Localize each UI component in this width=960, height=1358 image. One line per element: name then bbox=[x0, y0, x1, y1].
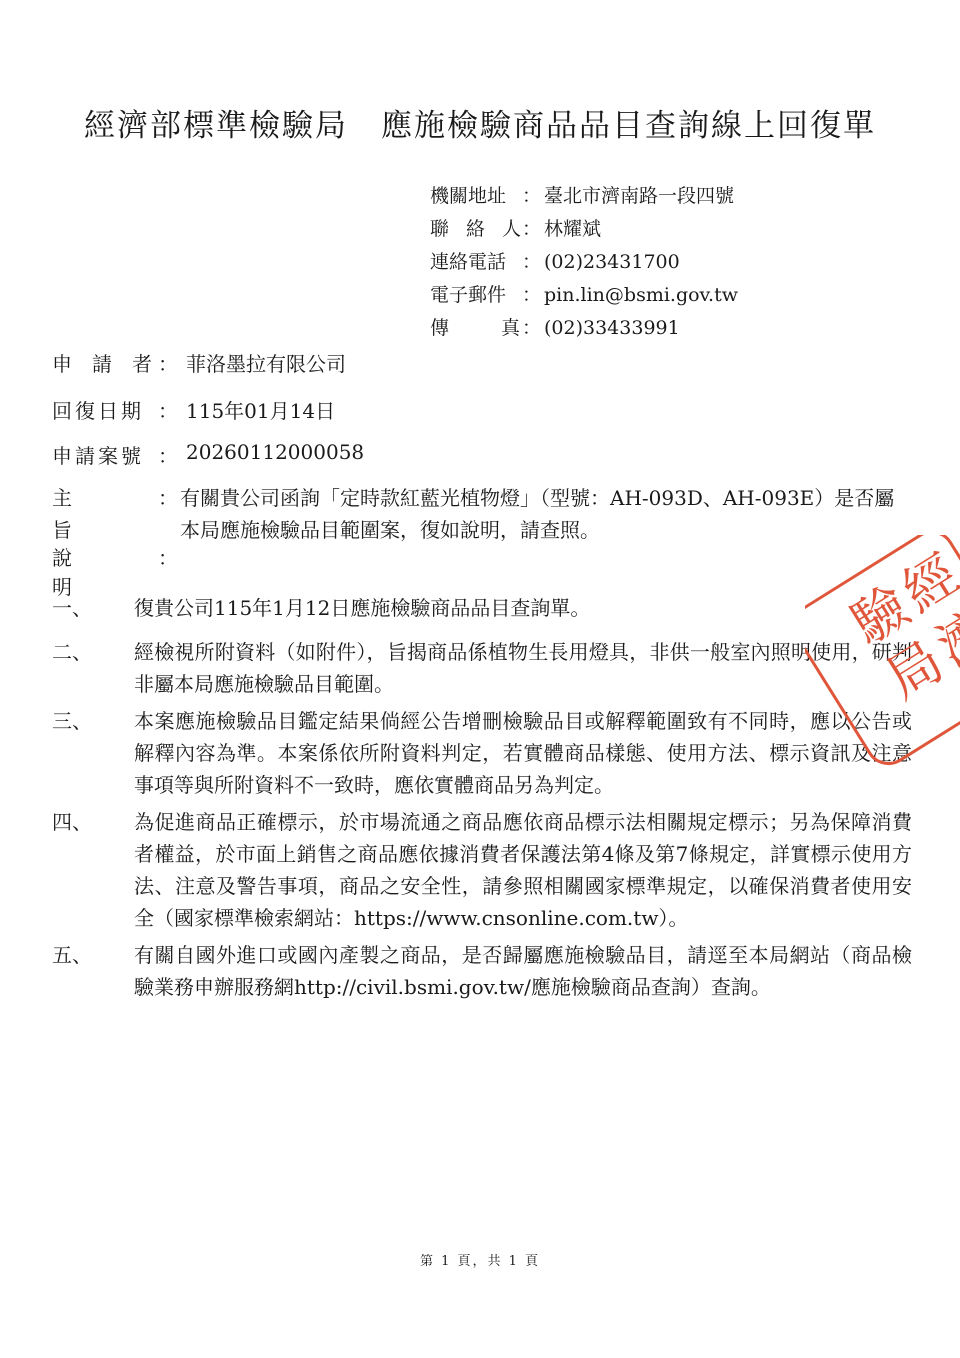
case-number-row: 申請案號 ： 20260112000058 bbox=[52, 440, 364, 469]
applicant-row: 申請者 ： 菲洛墨拉有限公司 bbox=[52, 348, 346, 377]
contact-phone: 連絡電話 ： (02)23431700 bbox=[430, 246, 738, 279]
contact-email-label: 電子郵件 bbox=[430, 279, 522, 312]
contact-person-label: 聯絡人 bbox=[430, 213, 522, 246]
item-number: 四、 bbox=[52, 806, 134, 934]
contact-email: 電子郵件 ： pin.lin@bsmi.gov.tw bbox=[430, 279, 738, 312]
contact-address: 機關地址 ： 臺北市濟南路一段四號 bbox=[430, 180, 738, 213]
applicant-label: 申請者 bbox=[52, 348, 158, 377]
contact-phone-value: (02)23431700 bbox=[544, 246, 680, 279]
subject-label: 主旨 bbox=[52, 482, 158, 546]
contact-fax-value: (02)33433991 bbox=[544, 312, 680, 345]
item-text: 有關自國外進口或國內產製之商品，是否歸屬應施檢驗品目，請逕至本局網站（商品檢驗業… bbox=[134, 939, 912, 1003]
reply-date-value: 115年01月14日 bbox=[180, 395, 335, 424]
reply-date-label: 回復日期 bbox=[52, 395, 158, 424]
contact-person-value: 林耀斌 bbox=[544, 213, 601, 246]
list-item: 五、 有關自國外進口或國內產製之商品，是否歸屬應施檢驗品目，請逕至本局網站（商品… bbox=[52, 939, 912, 1003]
item-text: 經檢視所附資料（如附件），旨揭商品係植物生長用燈具，非供一般室內照明使用，研判非… bbox=[134, 636, 912, 700]
case-number-label: 申請案號 bbox=[52, 440, 158, 469]
contact-phone-label: 連絡電話 bbox=[430, 246, 522, 279]
item-text: 為促進商品正確標示，於市場流通之商品應依商品標示法相關規定標示；另為保障消費者權… bbox=[134, 806, 912, 934]
list-item: 一、 復貴公司115年1月12日應施檢驗商品品目查詢單。 bbox=[52, 592, 912, 624]
page-footer: 第 1 頁，共 1 頁 bbox=[0, 1250, 960, 1269]
contact-address-label: 機關地址 bbox=[430, 180, 522, 213]
case-number-value: 20260112000058 bbox=[180, 440, 364, 469]
item-number: 二、 bbox=[52, 636, 134, 700]
svg-text:濟: 濟 bbox=[926, 597, 960, 679]
reply-date-row: 回復日期 ： 115年01月14日 bbox=[52, 395, 335, 424]
document-title: 經濟部標準檢驗局 應施檢驗商品品目查詢線上回復單 bbox=[0, 100, 960, 145]
item-number: 三、 bbox=[52, 705, 134, 801]
list-item: 三、 本案應施檢驗品目鑑定結果倘經公告增刪檢驗品目或解釋範圍致有不同時，應以公告… bbox=[52, 705, 912, 801]
contact-block: 機關地址 ： 臺北市濟南路一段四號 聯絡人 ： 林耀斌 連絡電話 ： (02)2… bbox=[430, 180, 738, 345]
contact-person: 聯絡人 ： 林耀斌 bbox=[430, 213, 738, 246]
subject-text: 有關貴公司函詢「定時款紅藍光植物燈」（型號：AH-093D、AH-093E）是否… bbox=[180, 482, 912, 546]
contact-email-value[interactable]: pin.lin@bsmi.gov.tw bbox=[544, 279, 738, 312]
list-item: 二、 經檢視所附資料（如附件），旨揭商品係植物生長用燈具，非供一般室內照明使用，… bbox=[52, 636, 912, 700]
item-number: 五、 bbox=[52, 939, 134, 1003]
subject-section: 主旨 ： 有關貴公司函詢「定時款紅藍光植物燈」（型號：AH-093D、AH-09… bbox=[52, 482, 912, 546]
item-text: 本案應施檢驗品目鑑定結果倘經公告增刪檢驗品目或解釋範圍致有不同時，應以公告或解釋… bbox=[134, 705, 912, 801]
item-number: 一、 bbox=[52, 592, 134, 624]
explanation-list: 一、 復貴公司115年1月12日應施檢驗商品品目查詢單。 二、 經檢視所附資料（… bbox=[52, 592, 912, 1003]
applicant-value: 菲洛墨拉有限公司 bbox=[180, 348, 346, 377]
contact-fax: 傳真 ： (02)33433991 bbox=[430, 312, 738, 345]
list-item: 四、 為促進商品正確標示，於市場流通之商品應依商品標示法相關規定標示；另為保障消… bbox=[52, 806, 912, 934]
contact-address-value: 臺北市濟南路一段四號 bbox=[544, 180, 734, 213]
item-text: 復貴公司115年1月12日應施檢驗商品品目查詢單。 bbox=[134, 592, 912, 624]
contact-fax-label: 傳真 bbox=[430, 312, 522, 345]
